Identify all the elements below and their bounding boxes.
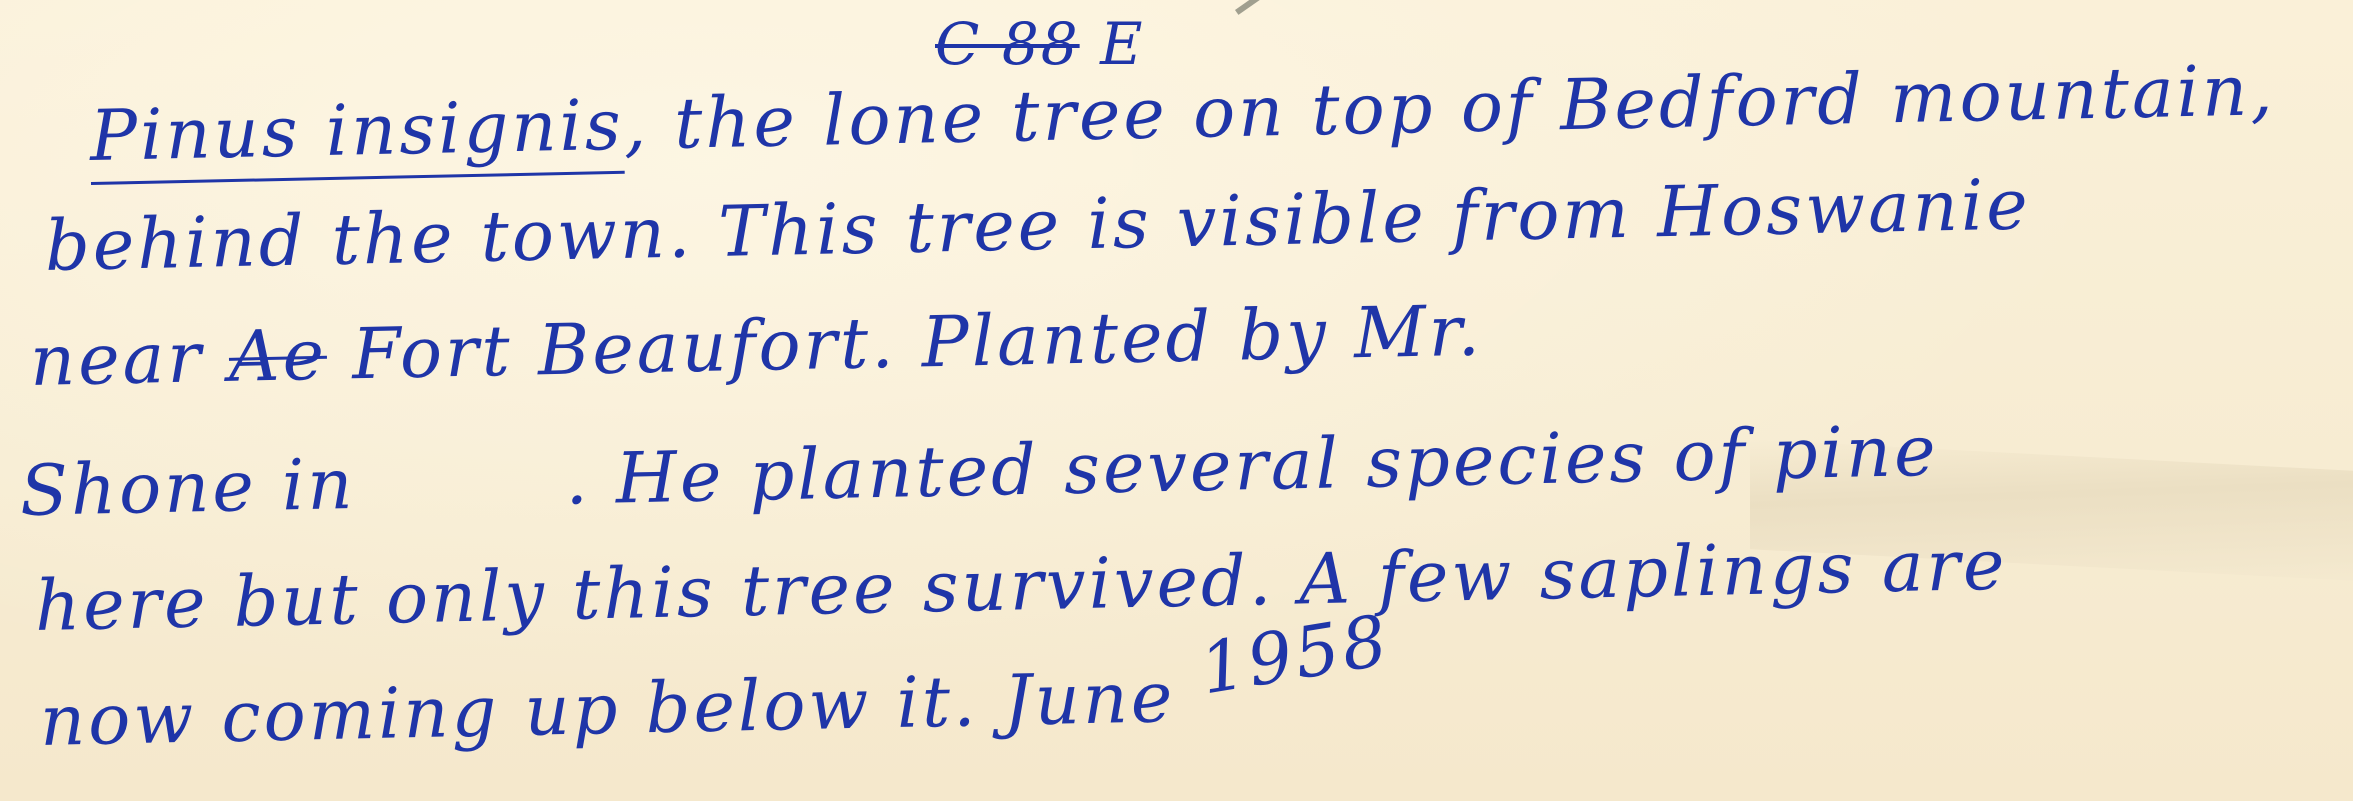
blank-space [356,504,566,508]
line-text: Shone in [19,443,356,532]
struck-word: Ae [228,314,328,398]
pencil-mark [1235,0,1385,72]
line-text: Fort Beaufort. Planted by Mr. [326,290,1483,396]
note-line-6: now coming up below it. June 1958 [39,652,1391,762]
line-text: . He planted several species of pine [564,410,1939,521]
handwritten-note-page: C 88 E Pinus insignis, the lone tree on … [0,0,2353,801]
note-line-4: Shone in. He planted several species of … [19,410,1939,532]
reference-letter: E [1100,10,1144,78]
reference-mark: C 88 E [935,10,1144,78]
line-text: behind the town. This tree is visible fr… [44,163,2031,287]
line-text: now coming up below it. June [39,656,1176,762]
line-text: near [29,316,230,402]
note-line-5: here but only this tree survived. A few … [34,524,2008,647]
note-line-1: Pinus insignis, the lone tree on top of … [89,49,2276,177]
line-text: here but only this tree survived. A few … [34,524,2008,647]
note-line-2: behind the town. This tree is visible fr… [44,163,2031,287]
species-name: Pinus insignis [89,84,624,177]
line-text: , the lone tree on top of Bedford mounta… [623,49,2276,166]
struck-reference: C 88 [935,10,1080,78]
note-line-3: near Ae Fort Beaufort. Planted by Mr. [29,290,1483,402]
